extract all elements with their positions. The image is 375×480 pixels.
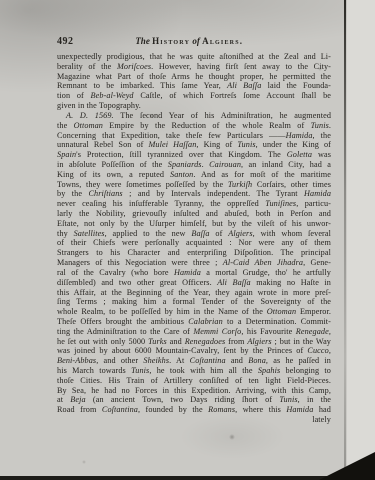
text-segment: , an inland City, had a [241,160,331,169]
text-line: Road from Coſtantina, founded by the Rom… [57,405,331,415]
text-segment: Al-Caid Aben Jihadra [223,258,303,267]
text-segment: Turkiſh [228,180,252,189]
text-line: ral of the Cavalry (who bore Hamida a mo… [57,268,331,278]
text-segment: larly the Nobility, grievouſly inſulted … [57,209,331,218]
text-line: Concerning that Expedition, take theſe f… [57,131,331,141]
text-segment: , [329,346,331,355]
text-line: was joined by about 6000 Mountain-Cavalr… [57,346,331,356]
text-segment: Spaniards [168,160,202,169]
text-segment: ral of the Cavalry (who bore [57,268,174,277]
running-title: The History of Algiers. [74,36,332,46]
text-segment: whole Realm, to be poſſeſſed by him in t… [57,307,267,316]
text-segment: 's Protection, ſtill tyrannized over tha… [76,150,287,159]
text-segment: Santon [170,170,193,179]
text-segment: Tunis [279,395,297,404]
text-line: thy Satellites, applied to the new Baſſa… [57,229,331,239]
text-segment: Ali Baſſa [217,278,251,287]
text-line: at Beja (an ancient Town, two Days ridin… [57,395,331,405]
text-segment: Tunis [311,121,329,130]
text-line: whole Realm, to be poſſeſſed by him in t… [57,307,331,317]
text-segment: Hamida [304,189,331,198]
text-segment: , with whom ſeveral [253,229,331,238]
page-body: unexpectedly prodigious, that he was qui… [57,52,331,425]
text-segment: Theſe Offers brought the ambitious [57,317,188,326]
text-segment: Algiers. [202,36,243,46]
text-segment: Caſtle, of which Fortreſs ſome Account ſ… [134,91,331,100]
text-segment: by the [57,189,88,198]
text-segment: his March towards [57,366,131,375]
text-segment: diſſembled) and two other great Officers… [57,278,217,287]
text-line: unnatural Rebel Son of Mulei Haſſan, Kin… [57,140,331,150]
text-segment: Empire by the Reduction of the whole Rea… [103,121,311,130]
page-header: 492 The History of Algiers. [57,36,331,47]
text-segment: from [225,337,247,346]
scan-margin-right [347,0,375,480]
text-segment: Renegade [296,327,329,336]
text-segment: Renegadoes [185,337,226,346]
text-segment: , founded by the [138,405,208,414]
text-segment: Tuniſines [265,199,296,208]
text-segment: Cucco [307,346,328,355]
text-segment: a mortal Grudge, tho' he artfully [201,268,331,277]
text-segment: , applied to the new [105,229,192,238]
text-line: in abſolute Poſſeſſion of the Spaniards.… [57,160,331,170]
text-segment: was [312,150,331,159]
text-segment: he ſet out with only 5000 [57,337,148,346]
text-segment: Hamida [286,131,313,140]
text-segment: Coſtantina [102,405,138,414]
text-segment: thoſe Cities. His Train of Artillery con… [57,376,331,385]
text-line: never ceaſing his inſufferable Tyranny, … [57,199,331,209]
text-segment: Strangers to his Character and enterpriſ… [57,248,331,257]
text-segment: , where this [235,405,286,414]
scan-edge-bottom [0,476,375,480]
text-line: A. D. 1569. The ſecond Year of his Admin… [57,111,331,121]
text-segment: unnatural Rebel Son of [57,140,148,149]
text-segment: was joined by about 6000 Mountain-Cavalr… [57,346,307,355]
text-segment: , Gene- [303,258,331,267]
text-segment: of [190,36,202,46]
text-segment: Chriſtians [88,189,122,198]
text-segment: Beja [70,395,85,404]
text-segment: A. D. 1569. [66,111,114,120]
text-segment: laid the Founda- [261,81,331,90]
text-segment: ting the Adminiſtration to the Care of [57,327,193,336]
text-line: thoſe Cities. His Train of Artillery con… [57,376,331,386]
text-segment: By Sea, he had no Forces in this Expedit… [57,386,331,395]
text-segment: Hamida [174,268,201,277]
text-line: Strangers to his Character and enterpriſ… [57,248,331,258]
text-line: ting the Adminiſtration to the Care of M… [57,327,331,337]
text-segment: Bona [248,356,266,365]
text-segment: Beb-al-Weyd [91,91,134,100]
text-line: By Sea, he had no Forces in this Expedit… [57,386,331,396]
text-segment: tion of [57,91,91,100]
text-segment: Algiers [247,337,271,346]
text-segment: Ottoman [74,121,103,130]
text-segment: . [202,160,210,169]
text-segment: , as he paſſed in [266,356,331,365]
text-segment: ; and by Intervals independent. The Tyra… [123,189,304,198]
text-line: Magazine what Part of thoſe Arms he thou… [57,72,331,82]
text-line: berality of the Moriſcoes. However, havi… [57,62,331,72]
text-line: Beni-Abbas, and other Sheikhs. At Coſtan… [57,356,331,366]
text-segment: . However, having firſt ſent away to the… [151,62,331,71]
text-segment: had [313,405,331,414]
text-segment: Road from [57,405,102,414]
text-segment: Emperor. [296,307,331,316]
text-line: Towns, they were ſometimes poſſeſſed by … [57,180,331,190]
text-segment: the [57,121,74,130]
text-segment: History [152,36,190,46]
text-segment: . And as for moſt of the maritime [193,170,331,179]
catchword: lately [57,415,331,425]
text-line: diſſembled) and two other great Officers… [57,278,331,288]
text-segment: thy [57,229,74,238]
text-segment: Cairouan [209,160,241,169]
text-segment: Tunis [237,140,255,149]
text-segment: Beni-Abbas [57,356,96,365]
text-segment: Ali Baſſa [227,81,261,90]
text-line: this Affair, at the Beginning of the Yea… [57,288,331,298]
text-segment: , particu- [296,199,331,208]
text-segment: making no Haſte in [251,278,331,287]
text-segment: Spahis [258,366,280,375]
text-segment: berality of the [57,62,117,71]
text-line: his March towards Tunis, he took with hi… [57,366,331,376]
text-segment: Romans [208,405,235,414]
text-line: given in the Topography. [57,101,331,111]
text-segment: . [329,121,331,130]
text-segment: given in the Topography. [57,101,141,110]
text-segment: Satellites [74,229,105,238]
page-edge-line [344,0,346,476]
scanned-book-page: 492 The History of Algiers. unexpectedly… [0,0,375,480]
text-line: tion of Beb-al-Weyd Caſtle, of which For… [57,91,331,101]
text-segment: , under the King of [256,140,331,149]
text-segment: Magazine what Part of thoſe Arms he thou… [57,72,331,81]
text-segment: Tunis [131,366,149,375]
text-segment: Calabrian [188,317,223,326]
text-segment: King of its own, a reputed [57,170,170,179]
text-line: Remnant to be imbarked. This ſame Year, … [57,81,331,91]
text-segment: Turks [148,337,167,346]
text-segment: and [167,337,185,346]
text-segment: Concerning that Expedition, take theſe f… [57,131,286,140]
text-segment: unexpectedly prodigious, that he was qui… [57,52,331,61]
text-segment: Moriſcoes [117,62,151,71]
text-line: ſing Terms ; making him a formal Tender … [57,297,331,307]
text-line: of their Chiefs were perſonally acquaint… [57,238,331,248]
text-segment: at [57,395,70,404]
text-segment: belonging to [280,366,331,375]
text-segment: Managers of this Negociation were three … [57,258,223,267]
text-line: King of its own, a reputed Santon. And a… [57,170,331,180]
text-segment: The ſecond Year of his Adminiſtration, h… [114,111,331,120]
text-segment: to a Determination. Commit- [223,317,331,326]
text-line: Managers of this Negociation were three … [57,258,331,268]
text-segment: , [329,327,331,336]
text-segment: of [210,229,229,238]
text-segment: Memmi Corſo [193,327,241,336]
text-segment: Coſtantina [190,356,226,365]
text-line: Theſe Offers brought the ambitious Calab… [57,317,331,327]
text-segment: Mulei Haſſan [148,140,196,149]
text-segment: , and other [96,356,143,365]
text-line: by the Chriſtians ; and by Intervals ind… [57,189,331,199]
text-segment: this Affair, at the Beginning of the Yea… [57,288,331,297]
text-segment: , the [313,131,331,140]
text-segment: and [226,356,249,365]
text-segment: ſing Terms ; making him a formal Tender … [57,297,331,306]
text-segment: Ottoman [267,307,296,316]
text-segment: , his Favourite [241,327,295,336]
text-segment: never ceaſing his inſufferable Tyranny, … [57,199,265,208]
text-segment: Towns, they were ſometimes poſſeſſed by … [57,180,228,189]
text-segment: Spain [57,150,76,159]
text-segment: , he took with him all the [149,366,258,375]
text-segment: Sheikhs [143,356,169,365]
text-segment: Corſairs, other times [252,180,331,189]
text-segment: in abſolute Poſſeſſion of the [57,160,168,169]
text-segment: , King of [196,140,237,149]
text-segment: Algiers [228,229,252,238]
page-number: 492 [57,36,74,47]
text-segment: . At [169,356,190,365]
text-line: Eſtate, not only by the Uſurper himſelf,… [57,219,331,229]
text-segment: , in the [298,395,331,404]
text-segment: Baſſa [191,229,209,238]
text-line: the Ottoman Empire by the Reduction of t… [57,121,331,131]
text-segment: The [135,36,152,46]
text-line: Spain's Protection, ſtill tyrannized ove… [57,150,331,160]
text-line: larly the Nobility, grievouſly inſulted … [57,209,331,219]
text-segment: of their Chiefs were perſonally acquaint… [57,238,331,247]
text-line: unexpectedly prodigious, that he was qui… [57,52,331,62]
text-segment: Goletta [287,150,312,159]
text-segment: Hamida [286,405,313,414]
text-segment: Eſtate, not only by the Uſurper himſelf,… [57,219,331,228]
text-segment: Remnant to be imbarked. This ſame Year, [57,81,227,90]
text-segment: (an ancient Town, two Days riding ſhort … [86,395,280,404]
text-segment: ; but in the Way [272,337,331,346]
text-line: he ſet out with only 5000 Turks and Rene… [57,337,331,347]
